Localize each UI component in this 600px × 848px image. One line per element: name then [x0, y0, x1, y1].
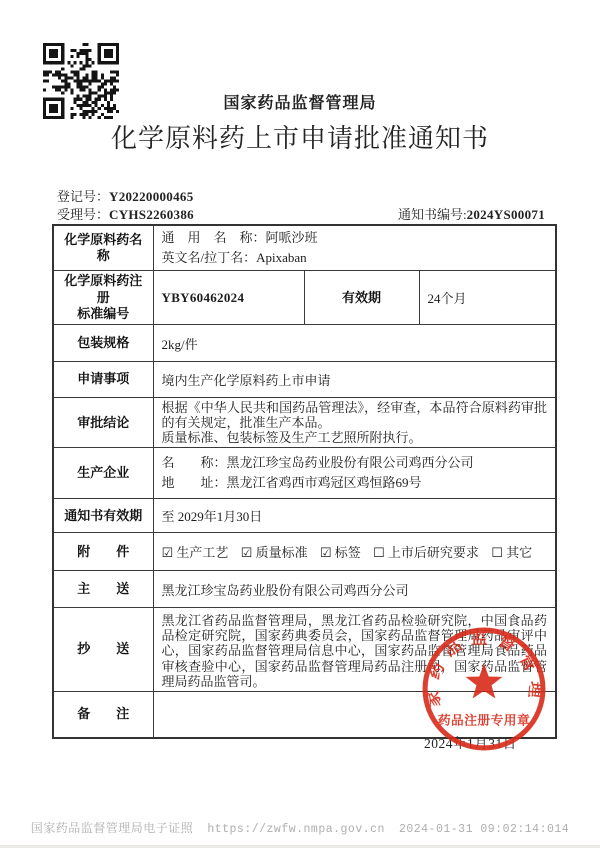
validity-label: 有效期	[304, 271, 419, 325]
table-row-conclusion: 审批结论 根据《中华人民共和国药品管理法》，经审查，本品符合原料药审批的有关规定…	[53, 398, 556, 448]
seal-star-icon	[466, 664, 503, 699]
checkbox-checked-icon: ☑	[320, 546, 332, 561]
table-row-drug-name: 化学原料药名称 通 用 名 称：阿哌沙班 英文名/拉丁名：Apixaban	[53, 225, 556, 271]
attachments-cell: ☑ 生产工艺 ☑ 质量标准 ☑ 标签 ☐ 上市后研究要求 ☐ 其它	[153, 533, 556, 571]
footer-certificate-line: 国家药品监督管理局电子证照https://zwfw.nmpa.gov.cn202…	[0, 819, 600, 836]
attachment-item: ☐ 其它	[491, 545, 532, 560]
table-row-notice-validity: 通知书有效期 至 2029年1月30日	[53, 499, 556, 533]
checkbox-checked-icon: ☑	[162, 546, 174, 561]
attachment-item: ☑ 生产工艺	[162, 545, 229, 560]
notice-validity-value: 至 2029年1月30日	[153, 499, 556, 533]
attachment-item-label: 其它	[506, 545, 532, 560]
english-name-label: 英文名/拉丁名：	[162, 250, 257, 265]
seal-banner-text: 药品注册专用章	[438, 713, 530, 728]
attachment-item: ☑ 质量标准	[241, 545, 308, 560]
footer-url: https://zwfw.nmpa.gov.cn	[207, 823, 385, 836]
manufacturer-cell: 名 称：黑龙江珍宝岛药业股份有限公司鸡西分公司 地 址：黑龙江省鸡西市鸡冠区鸡恒…	[153, 448, 556, 499]
attachment-item: ☑ 标签	[320, 545, 361, 560]
registration-label: 登记号：	[57, 189, 109, 204]
official-seal: 国家药品监督管理局 药品注册专用章	[421, 626, 547, 752]
table-row-package: 包装规格 2kg/件	[53, 325, 556, 362]
registration-number-line: 登记号：Y20220000465	[57, 186, 194, 205]
manufacturer-address-label: 地 址：	[162, 475, 227, 490]
package-value: 2kg/件	[153, 325, 556, 362]
manufacturer-address-value: 黑龙江省鸡西市鸡冠区鸡恒路69号	[227, 475, 422, 490]
attachment-item: ☐ 上市后研究要求	[373, 545, 479, 560]
remarks-label: 备 注	[53, 691, 153, 738]
drug-name-cell: 通 用 名 称：阿哌沙班 英文名/拉丁名：Apixaban	[153, 225, 556, 271]
document-title: 化学原料药上市申请批准通知书	[0, 118, 600, 155]
conclusion-label: 审批结论	[53, 398, 153, 448]
package-label: 包装规格	[53, 325, 153, 362]
attachment-item-label: 质量标准	[256, 545, 308, 560]
registration-value: Y20220000465	[109, 189, 194, 204]
attachment-item-label: 生产工艺	[176, 545, 228, 560]
table-row-attachments: 附 件 ☑ 生产工艺 ☑ 质量标准 ☑ 标签 ☐ 上市后研究要求 ☐ 其它	[53, 533, 556, 571]
main-send-label: 主 送	[53, 571, 153, 608]
main-send-value: 黑龙江珍宝岛药业股份有限公司鸡西分公司	[153, 571, 556, 608]
checkbox-unchecked-icon: ☐	[491, 546, 503, 561]
notice-validity-label: 通知书有效期	[53, 499, 153, 533]
conclusion-paragraph2: 质量标准、包装标签及生产工艺照所附执行。	[162, 430, 548, 445]
acceptance-value: CYHS2260386	[109, 207, 194, 222]
footer-label: 国家药品监督管理局电子证照	[31, 821, 194, 835]
notice-number-label: 通知书编号:	[398, 207, 467, 222]
drug-name-label: 化学原料药名称	[53, 225, 153, 271]
standard-label-line2: 标准编号	[62, 306, 145, 322]
manufacturer-name-value: 黑龙江珍宝岛药业股份有限公司鸡西分公司	[227, 455, 474, 470]
attachment-item-label: 标签	[335, 545, 361, 560]
generic-name-value: 阿哌沙班	[266, 230, 318, 245]
attachments-label: 附 件	[53, 533, 153, 571]
standard-number-label: 化学原料药注册 标准编号	[53, 271, 153, 325]
manufacturer-name-label: 名 称：	[162, 455, 227, 470]
validity-value: 24个月	[419, 271, 556, 325]
table-row-main-send: 主 送 黑龙江珍宝岛药业股份有限公司鸡西分公司	[53, 571, 556, 608]
acceptance-label: 受理号：	[57, 207, 109, 222]
checkbox-unchecked-icon: ☐	[373, 546, 385, 561]
checkbox-checked-icon: ☑	[241, 546, 253, 561]
application-value: 境内生产化学原料药上市申请	[153, 362, 556, 398]
manufacturer-label: 生产企业	[53, 448, 153, 499]
notice-number-line: 通知书编号:2024YS00071	[398, 204, 545, 223]
agency-name: 国家药品监督管理局	[0, 90, 600, 113]
table-row-manufacturer: 生产企业 名 称：黑龙江珍宝岛药业股份有限公司鸡西分公司 地 址：黑龙江省鸡西市…	[53, 448, 556, 499]
acceptance-number-line: 受理号：CYHS2260386	[57, 204, 194, 223]
attachment-item-label: 上市后研究要求	[388, 545, 479, 560]
standard-label-line1: 化学原料药注册	[62, 273, 145, 306]
conclusion-cell: 根据《中华人民共和国药品管理法》，经审查，本品符合原料药审批的有关规定，批准生产…	[153, 398, 556, 448]
footer-timestamp: 2024-01-31 09:02:14:014	[399, 823, 569, 836]
table-row-application: 申请事项 境内生产化学原料药上市申请	[53, 362, 556, 398]
english-name-value: Apixaban	[256, 250, 307, 265]
standard-number-value: YBY60462024	[153, 271, 304, 325]
conclusion-paragraph1: 根据《中华人民共和国药品管理法》，经审查，本品符合原料药审批的有关规定，批准生产…	[162, 400, 548, 430]
document-page: 国家药品监督管理局 化学原料药上市申请批准通知书 登记号：Y2022000046…	[0, 0, 600, 848]
table-row-standard: 化学原料药注册 标准编号 YBY60462024 有效期 24个月	[53, 271, 556, 325]
generic-name-label: 通 用 名 称：	[162, 230, 266, 245]
application-label: 申请事项	[53, 362, 153, 398]
cc-label: 抄 送	[53, 608, 153, 691]
notice-number-value: 2024YS00071	[467, 207, 545, 222]
